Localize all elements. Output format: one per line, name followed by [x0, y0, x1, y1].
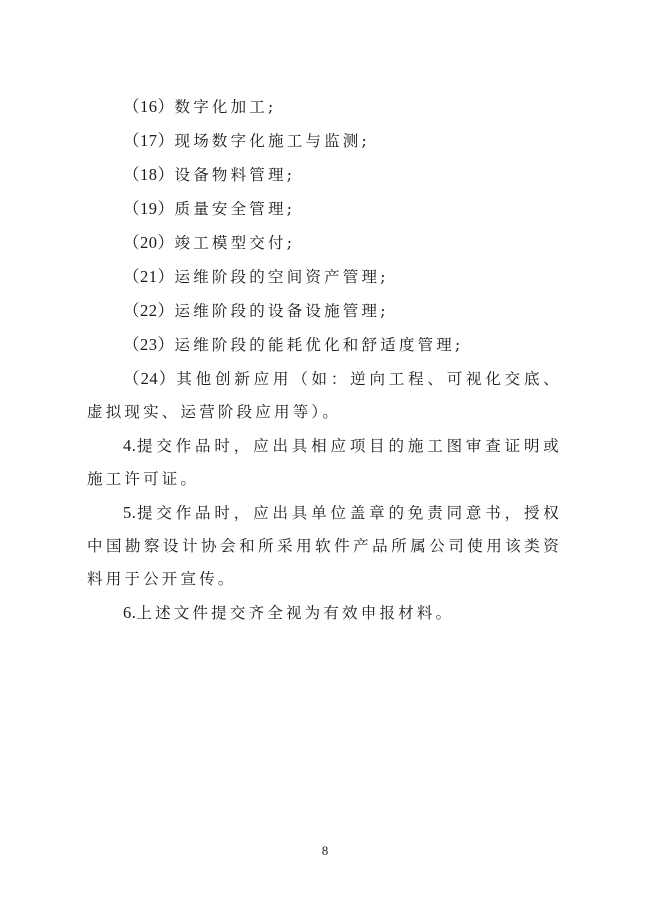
list-item-text: 设备物料管理;: [175, 166, 296, 184]
requirement-4: 4.提交作品时，应出具相应项目的施工图审查证明或施工许可证。: [87, 429, 562, 496]
page-number: 8: [0, 843, 650, 859]
list-item-number: （22）: [123, 301, 175, 320]
requirement-text: 提交作品时，应出具单位盖章的免责同意书，授权中国勘察设计协会和所采用软件产品所属…: [87, 504, 562, 588]
list-item-23: （23）运维阶段的能耗优化和舒适度管理;: [87, 328, 562, 362]
list-item-number: （20）: [123, 233, 175, 252]
list-item-21: （21）运维阶段的空间资产管理;: [87, 260, 562, 294]
list-item-number: （18）: [123, 165, 175, 184]
list-item-text: 数字化加工;: [175, 98, 277, 116]
list-item-22: （22）运维阶段的设备设施管理;: [87, 294, 562, 328]
list-item-number: （17）: [123, 131, 175, 150]
list-item-18: （18）设备物料管理;: [87, 158, 562, 192]
list-item-number: （23）: [123, 335, 175, 354]
list-item-text: 竣工模型交付;: [175, 234, 296, 252]
list-item-number: （21）: [123, 267, 175, 286]
requirement-5: 5.提交作品时，应出具单位盖章的免责同意书，授权中国勘察设计协会和所采用软件产品…: [87, 496, 562, 596]
requirement-number: 5.: [123, 503, 136, 522]
list-item-text: 现场数字化施工与监测;: [175, 132, 370, 150]
list-item-text: 运维阶段的设备设施管理;: [175, 302, 389, 320]
list-item-20: （20）竣工模型交付;: [87, 226, 562, 260]
list-item-number: （16）: [123, 97, 175, 116]
list-item-text: 运维阶段的能耗优化和舒适度管理;: [175, 336, 464, 354]
requirement-text: 提交作品时，应出具相应项目的施工图审查证明或施工许可证。: [87, 437, 562, 488]
requirement-text: 上述文件提交齐全视为有效申报材料。: [136, 604, 454, 622]
list-item-text: 运维阶段的空间资产管理;: [175, 268, 389, 286]
list-item-text: 质量安全管理;: [175, 200, 296, 218]
list-item-16: （16）数字化加工;: [87, 90, 562, 124]
list-item-number: （24）: [123, 369, 176, 388]
list-item-19: （19）质量安全管理;: [87, 192, 562, 226]
document-body: （16）数字化加工; （17）现场数字化施工与监测; （18）设备物料管理; （…: [87, 90, 562, 630]
requirement-number: 4.: [123, 436, 136, 455]
list-item-24: （24）其他创新应用（如：逆向工程、可视化交底、虚拟现实、运营阶段应用等）。: [87, 362, 562, 429]
requirement-6: 6.上述文件提交齐全视为有效申报材料。: [87, 596, 562, 630]
requirement-number: 6.: [123, 603, 136, 622]
list-item-17: （17）现场数字化施工与监测;: [87, 124, 562, 158]
list-item-number: （19）: [123, 199, 175, 218]
